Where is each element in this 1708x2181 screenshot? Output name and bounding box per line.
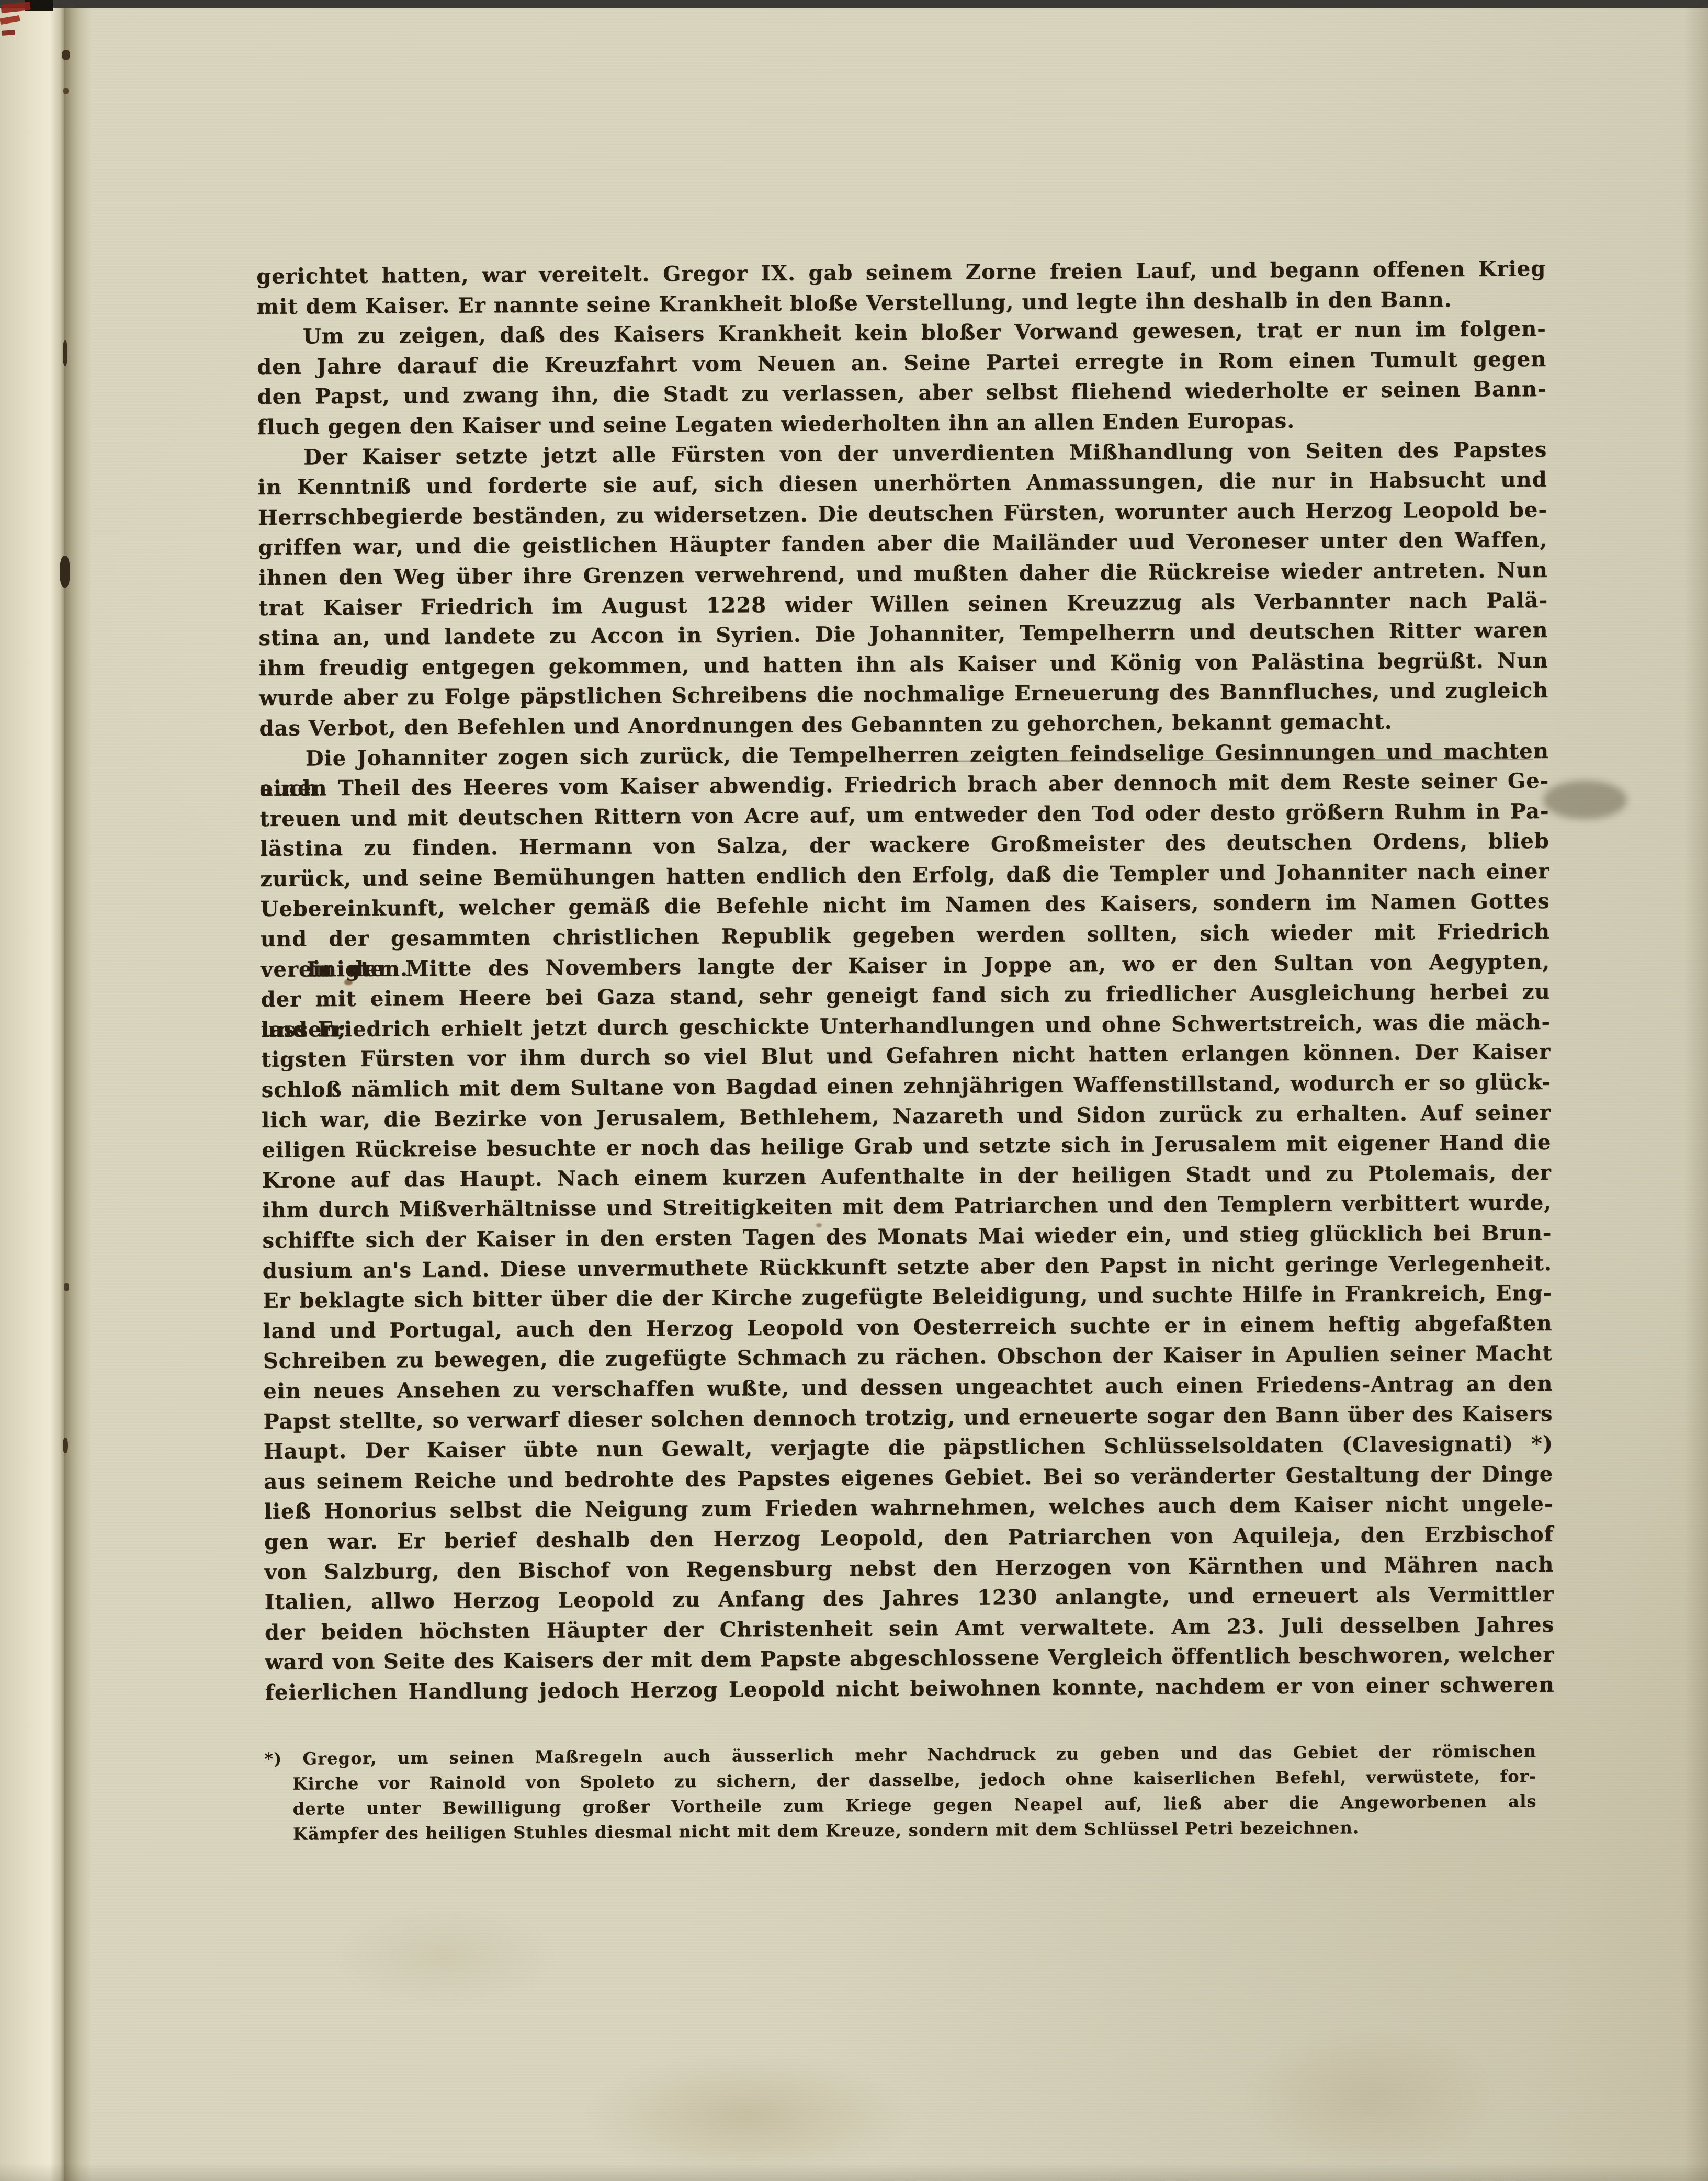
stitch-mark bbox=[63, 88, 69, 94]
red-edge-mark bbox=[2, 30, 16, 36]
stain bbox=[1245, 2030, 1496, 2166]
stitch-mark bbox=[60, 556, 70, 588]
previous-page-edge bbox=[0, 7, 64, 2181]
scanner-edge-strip bbox=[0, 0, 1708, 8]
stain bbox=[586, 2056, 910, 2176]
stitch-mark bbox=[63, 1438, 68, 1453]
ink-smudge bbox=[1543, 781, 1627, 819]
stitch-mark bbox=[62, 50, 70, 60]
stitch-mark bbox=[63, 340, 67, 366]
page-right-edge-shadow bbox=[1684, 7, 1708, 2181]
book-page-scan: gerichtet hatten, war vereitelt. Gregor … bbox=[0, 0, 1708, 2181]
binding-gutter bbox=[64, 7, 91, 2181]
stain bbox=[335, 1909, 555, 2004]
footnote: *) Gregor, um seinen Maßregeln auch äuss… bbox=[264, 1738, 1537, 1847]
page-bottom-edge-shadow bbox=[0, 2163, 1708, 2181]
stitch-mark bbox=[64, 1283, 69, 1291]
body-text: gerichtet hatten, war vereitelt. Gregor … bbox=[256, 254, 1555, 1708]
